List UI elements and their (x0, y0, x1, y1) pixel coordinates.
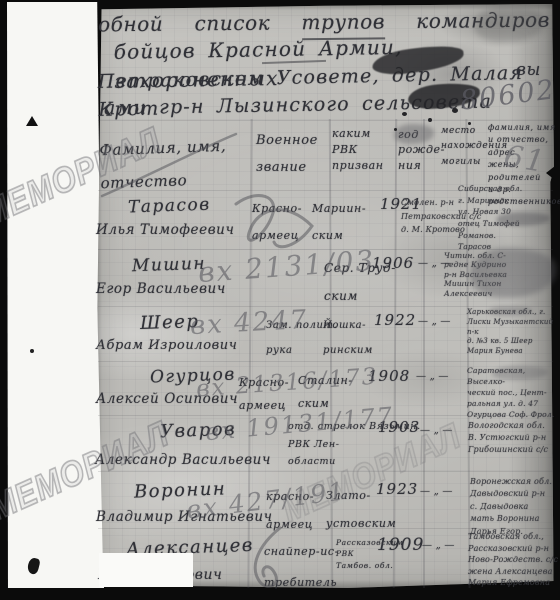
row-relatives: Вологодская обл. В. Устюгский р-н Грибош… (468, 420, 548, 456)
pencil-flourish (236, 524, 296, 596)
ink-droplet (394, 128, 397, 131)
scanner-speck (26, 116, 38, 126)
white-patch (99, 553, 193, 587)
row-birth-year: 1909 (377, 533, 424, 558)
row-grave-location: — „ — (416, 370, 449, 385)
pencil-flourish (228, 186, 323, 258)
row-rvk: Йошка- ринским (323, 313, 373, 363)
row-given-names: Илья Тимофеевич (96, 221, 234, 241)
ink-droplet (402, 112, 407, 116)
row-birth-year: 1922 (374, 310, 416, 332)
row-grave-location: — „ — (418, 315, 451, 330)
row-grave-location: — „ — (420, 485, 453, 500)
row-given-names: Абрам Изроилович (96, 337, 237, 356)
column-header-rvk: каким РВК призван (332, 126, 384, 174)
ink-droplet (468, 122, 471, 125)
row-surname: Мишин (132, 252, 207, 279)
row-grave-location: — „ — (422, 539, 455, 554)
row-relatives: Тамбовская обл., Рассказовский р-н Ново-… (468, 531, 558, 589)
ink-droplet (452, 108, 458, 113)
ink-droplet (428, 118, 432, 122)
scanned-document: обной список трупов командиров бойцов Кр… (0, 0, 560, 600)
pencil-archive-number: вх 4247 (189, 305, 309, 341)
row-birth-year: 1906 (372, 253, 414, 275)
row-relatives: Воронежская обл. Давыдовский р-н с. Давы… (470, 476, 560, 538)
column-header-rank: Военное звание (256, 127, 318, 182)
scanner-speck (30, 349, 34, 353)
pencil-number: 61 (502, 139, 549, 180)
